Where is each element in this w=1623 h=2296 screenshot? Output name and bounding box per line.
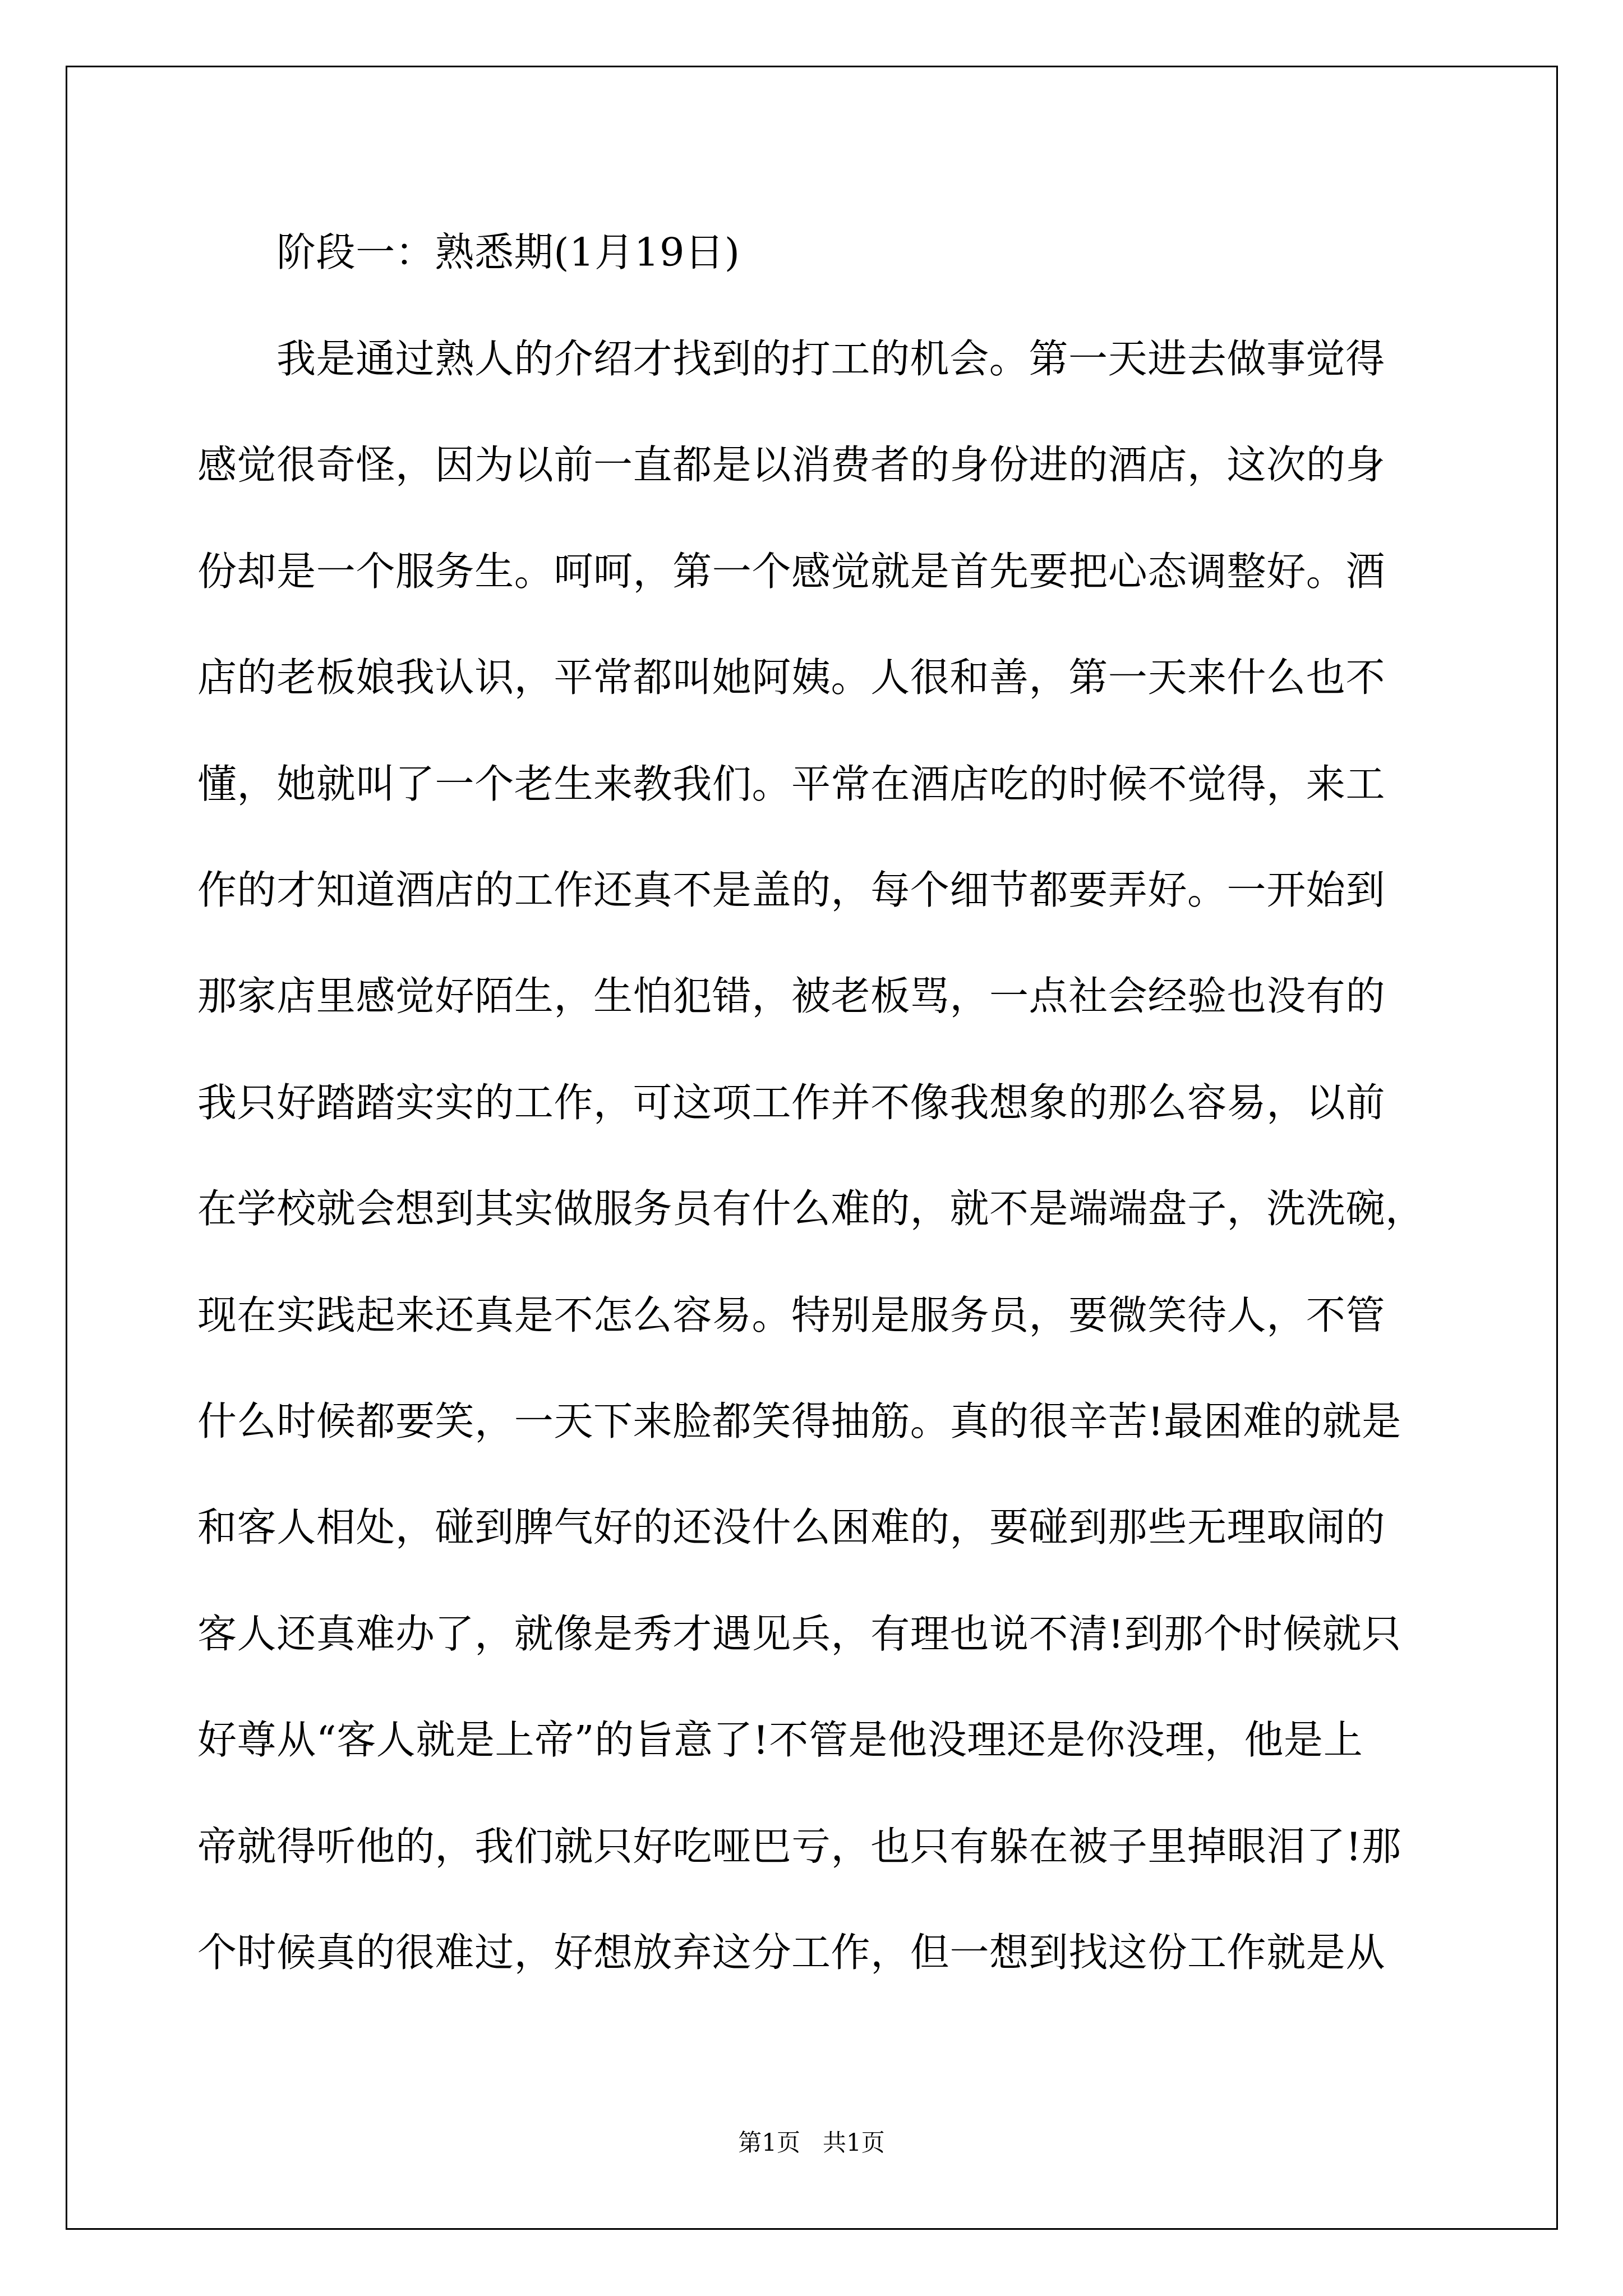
body-line: 份却是一个服务生。呵呵，第一个感觉就是首先要把心态调整好。酒 — [197, 546, 1385, 597]
page-border — [66, 66, 1558, 2230]
body-line: 作的才知道酒店的工作还真不是盖的，每个细节都要弄好。一开始到 — [197, 865, 1385, 915]
body-line: 懂，她就叫了一个老生来教我们。平常在酒店吃的时候不觉得，来工 — [197, 759, 1385, 809]
section-heading: 阶段一：熟悉期(1月19日) — [276, 227, 740, 278]
body-line: 店的老板娘我认识，平常都叫她阿姨。人很和善，第一天来什么也不 — [197, 652, 1385, 703]
body-line: 在学校就会想到其实做服务员有什么难的，就不是端端盘子，洗洗碗， — [197, 1184, 1425, 1234]
body-line: 我只好踏踏实实的工作，可这项工作并不像我想象的那么容易，以前 — [197, 1078, 1385, 1128]
page-number-footer: 第1页 共1页 — [0, 2126, 1623, 2160]
body-line: 现在实践起来还真是不怎么容易。特别是服务员，要微笑待人，不管 — [197, 1290, 1385, 1341]
body-line: 感觉很奇怪，因为以前一直都是以消费者的身份进的酒店，这次的身 — [197, 440, 1385, 490]
body-line: 什么时候都要笑，一天下来脸都笑得抽筋。真的很辛苦!最困难的就是 — [197, 1396, 1401, 1447]
body-line: 好尊从“客人就是上帝”的旨意了!不管是他没理还是你没理，他是上 — [197, 1715, 1363, 1765]
body-line: 那家店里感觉好陌生，生怕犯错，被老板骂，一点社会经验也没有的 — [197, 971, 1385, 1022]
body-line: 帝就得听他的，我们就只好吃哑巴亏，也只有躲在被子里掉眼泪了!那 — [197, 1821, 1401, 1872]
body-line: 客人还真难办了，就像是秀才遇见兵，有理也说不清!到那个时候就只 — [197, 1609, 1401, 1659]
body-line: 和客人相处，碰到脾气好的还没什么困难的，要碰到那些无理取闹的 — [197, 1502, 1385, 1553]
body-line: 个时候真的很难过，好想放弃这分工作，但一想到找这份工作就是从 — [197, 1927, 1385, 1978]
body-line: 我是通过熟人的介绍才找到的打工的机会。第一天进去做事觉得 — [276, 334, 1385, 384]
